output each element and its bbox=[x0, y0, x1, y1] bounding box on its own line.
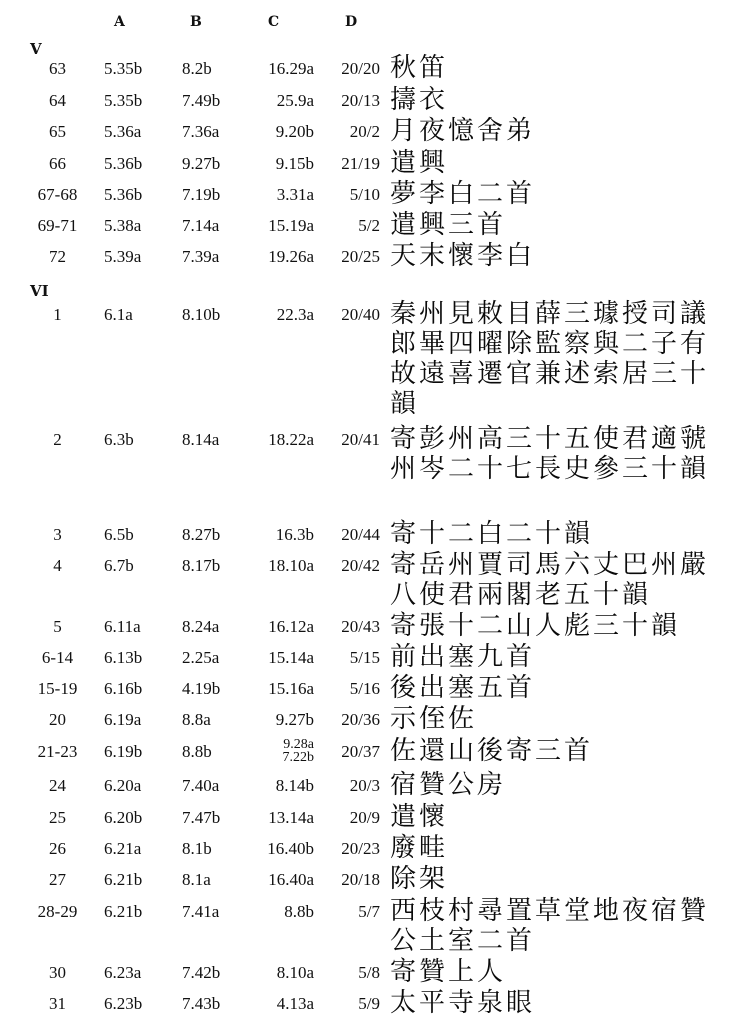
ref-c: 18.22a bbox=[248, 430, 314, 450]
ref-b: 7.36a bbox=[182, 122, 219, 142]
ref-b: 7.41a bbox=[182, 902, 219, 922]
ref-b: 7.39a bbox=[182, 247, 219, 267]
ref-a: 6.23b bbox=[104, 994, 142, 1014]
poem-number: 25 bbox=[20, 808, 95, 828]
poem-number: 1 bbox=[20, 305, 95, 325]
ref-d: 20/13 bbox=[322, 91, 380, 111]
poem-title: 寄岳州賈司馬六丈巴州嚴八使君兩閣老五十韻 bbox=[390, 550, 730, 610]
ref-d: 5/7 bbox=[322, 902, 380, 922]
poem-title: 寄彭州高三十五使君適虢州岑二十七長史參三十韻 bbox=[390, 424, 730, 484]
poem-title: 除架 bbox=[390, 864, 730, 894]
ref-c: 15.14a bbox=[248, 648, 314, 668]
ref-d: 5/8 bbox=[322, 963, 380, 983]
poem-title: 西枝村尋置草堂地夜宿贊公土室二首 bbox=[390, 896, 730, 956]
ref-c-stacked: 9.28a7.22b bbox=[248, 738, 314, 764]
ref-c: 16.12a bbox=[248, 617, 314, 637]
ref-c: 25.9a bbox=[248, 91, 314, 111]
ref-d: 20/37 bbox=[322, 742, 380, 762]
ref-a: 6.19a bbox=[104, 710, 141, 730]
ref-b: 4.19b bbox=[182, 679, 220, 699]
ref-d: 5/10 bbox=[322, 185, 380, 205]
poem-title: 夢李白二首 bbox=[390, 179, 730, 209]
ref-a: 6.21a bbox=[104, 839, 141, 859]
ref-a: 6.20a bbox=[104, 776, 141, 796]
ref-c: 8.14b bbox=[248, 776, 314, 796]
ref-c: 9.15b bbox=[248, 154, 314, 174]
ref-b: 9.27b bbox=[182, 154, 220, 174]
ref-b: 7.49b bbox=[182, 91, 220, 111]
poem-number: 27 bbox=[20, 870, 95, 890]
ref-b: 8.10b bbox=[182, 305, 220, 325]
ref-d: 5/15 bbox=[322, 648, 380, 668]
poem-number: 66 bbox=[20, 154, 95, 174]
poem-title: 遣興三首 bbox=[390, 210, 730, 240]
poem-number: 20 bbox=[20, 710, 95, 730]
ref-c: 22.3a bbox=[248, 305, 314, 325]
ref-c: 16.29a bbox=[248, 59, 314, 79]
ref-d: 20/18 bbox=[322, 870, 380, 890]
section-label-vi: VI bbox=[30, 282, 49, 300]
ref-d: 20/23 bbox=[322, 839, 380, 859]
ref-d: 20/43 bbox=[322, 617, 380, 637]
poem-number: 63 bbox=[20, 59, 95, 79]
ref-a: 6.3b bbox=[104, 430, 134, 450]
poem-number: 15-19 bbox=[20, 679, 95, 699]
ref-b: 8.14a bbox=[182, 430, 219, 450]
poem-title: 寄張十二山人彪三十韻 bbox=[390, 611, 730, 641]
ref-a: 6.19b bbox=[104, 742, 142, 762]
ref-c: 16.3b bbox=[248, 525, 314, 545]
poem-title: 天末懷李白 bbox=[390, 241, 730, 271]
ref-d: 20/36 bbox=[322, 710, 380, 730]
poem-number: 24 bbox=[20, 776, 95, 796]
ref-c: 13.14a bbox=[248, 808, 314, 828]
ref-d: 20/42 bbox=[322, 556, 380, 576]
poem-number: 69-71 bbox=[20, 216, 95, 236]
poem-number: 64 bbox=[20, 91, 95, 111]
ref-b: 8.27b bbox=[182, 525, 220, 545]
poem-title: 宿贊公房 bbox=[390, 770, 730, 800]
ref-c-secondary: 7.22b bbox=[248, 751, 314, 764]
ref-b: 7.42b bbox=[182, 963, 220, 983]
poem-title: 月夜憶舍弟 bbox=[390, 116, 730, 146]
ref-a: 6.5b bbox=[104, 525, 134, 545]
poem-number: 4 bbox=[20, 556, 95, 576]
ref-c: 18.10a bbox=[248, 556, 314, 576]
column-header-b: B bbox=[190, 14, 202, 30]
ref-d: 20/9 bbox=[322, 808, 380, 828]
poem-number: 6-14 bbox=[20, 648, 95, 668]
ref-c: 8.10a bbox=[248, 963, 314, 983]
ref-a: 5.38a bbox=[104, 216, 141, 236]
ref-d: 20/2 bbox=[322, 122, 380, 142]
poem-title: 擣衣 bbox=[390, 85, 730, 115]
ref-b: 8.1a bbox=[182, 870, 211, 890]
ref-c: 9.20b bbox=[248, 122, 314, 142]
ref-b: 8.1b bbox=[182, 839, 212, 859]
ref-c: 16.40b bbox=[248, 839, 314, 859]
ref-c: 15.16a bbox=[248, 679, 314, 699]
poem-title: 前出塞九首 bbox=[390, 642, 730, 672]
ref-d: 20/40 bbox=[322, 305, 380, 325]
ref-d: 5/2 bbox=[322, 216, 380, 236]
column-header-c: C bbox=[268, 14, 279, 30]
ref-c: 4.13a bbox=[248, 994, 314, 1014]
ref-d: 21/19 bbox=[322, 154, 380, 174]
poem-title: 寄贊上人 bbox=[390, 957, 730, 987]
ref-a: 6.20b bbox=[104, 808, 142, 828]
poem-number: 72 bbox=[20, 247, 95, 267]
ref-a: 5.35b bbox=[104, 59, 142, 79]
poem-number: 26 bbox=[20, 839, 95, 859]
ref-c: 9.27b bbox=[248, 710, 314, 730]
poem-number: 28-29 bbox=[20, 902, 95, 922]
poem-number: 21-23 bbox=[20, 742, 95, 762]
ref-a: 6.13b bbox=[104, 648, 142, 668]
ref-a: 6.21b bbox=[104, 902, 142, 922]
poem-title: 廢畦 bbox=[390, 833, 730, 863]
ref-a: 5.39a bbox=[104, 247, 141, 267]
ref-c: 16.40a bbox=[248, 870, 314, 890]
ref-a: 6.16b bbox=[104, 679, 142, 699]
poem-title: 後出塞五首 bbox=[390, 673, 730, 703]
ref-b: 7.40a bbox=[182, 776, 219, 796]
poem-title: 太平寺泉眼 bbox=[390, 988, 730, 1018]
ref-c: 19.26a bbox=[248, 247, 314, 267]
poem-title: 遣懷 bbox=[390, 802, 730, 832]
ref-b: 7.43b bbox=[182, 994, 220, 1014]
ref-c: 8.8b bbox=[248, 902, 314, 922]
ref-a: 5.35b bbox=[104, 91, 142, 111]
ref-a: 5.36b bbox=[104, 185, 142, 205]
section-label-v: V bbox=[30, 40, 42, 58]
ref-b: 7.19b bbox=[182, 185, 220, 205]
ref-a: 6.21b bbox=[104, 870, 142, 890]
poem-title: 秦州見敕目薛三璩授司議郎畢四曜除監察與二子有故遠喜遷官兼述索居三十韻 bbox=[390, 299, 730, 419]
ref-b: 7.14a bbox=[182, 216, 219, 236]
ref-b: 2.25a bbox=[182, 648, 219, 668]
ref-d: 5/9 bbox=[322, 994, 380, 1014]
ref-a: 6.7b bbox=[104, 556, 134, 576]
ref-c: 15.19a bbox=[248, 216, 314, 236]
ref-b: 8.17b bbox=[182, 556, 220, 576]
ref-a: 6.23a bbox=[104, 963, 141, 983]
ref-d: 20/44 bbox=[322, 525, 380, 545]
poem-title: 示侄佐 bbox=[390, 704, 730, 734]
ref-b: 7.47b bbox=[182, 808, 220, 828]
ref-a: 5.36b bbox=[104, 154, 142, 174]
poem-title: 秋笛 bbox=[390, 53, 730, 83]
ref-a: 6.11a bbox=[104, 617, 141, 637]
poem-number: 67-68 bbox=[20, 185, 95, 205]
poem-number: 31 bbox=[20, 994, 95, 1014]
column-header-d: D bbox=[345, 14, 357, 30]
ref-b: 8.2b bbox=[182, 59, 212, 79]
poem-number: 5 bbox=[20, 617, 95, 637]
column-header-a: A bbox=[114, 14, 125, 30]
ref-d: 20/20 bbox=[322, 59, 380, 79]
ref-a: 5.36a bbox=[104, 122, 141, 142]
ref-d: 20/25 bbox=[322, 247, 380, 267]
poem-number: 30 bbox=[20, 963, 95, 983]
poem-number: 65 bbox=[20, 122, 95, 142]
ref-a: 6.1a bbox=[104, 305, 133, 325]
poem-number: 2 bbox=[20, 430, 95, 450]
ref-d: 20/3 bbox=[322, 776, 380, 796]
ref-b: 8.24a bbox=[182, 617, 219, 637]
poem-title: 遣興 bbox=[390, 148, 730, 178]
ref-b: 8.8b bbox=[182, 742, 212, 762]
ref-d: 20/41 bbox=[322, 430, 380, 450]
ref-b: 8.8a bbox=[182, 710, 211, 730]
ref-c: 3.31a bbox=[248, 185, 314, 205]
ref-d: 5/16 bbox=[322, 679, 380, 699]
poem-title: 寄十二白二十韻 bbox=[390, 519, 730, 549]
poem-title: 佐還山後寄三首 bbox=[390, 736, 730, 766]
poem-number: 3 bbox=[20, 525, 95, 545]
